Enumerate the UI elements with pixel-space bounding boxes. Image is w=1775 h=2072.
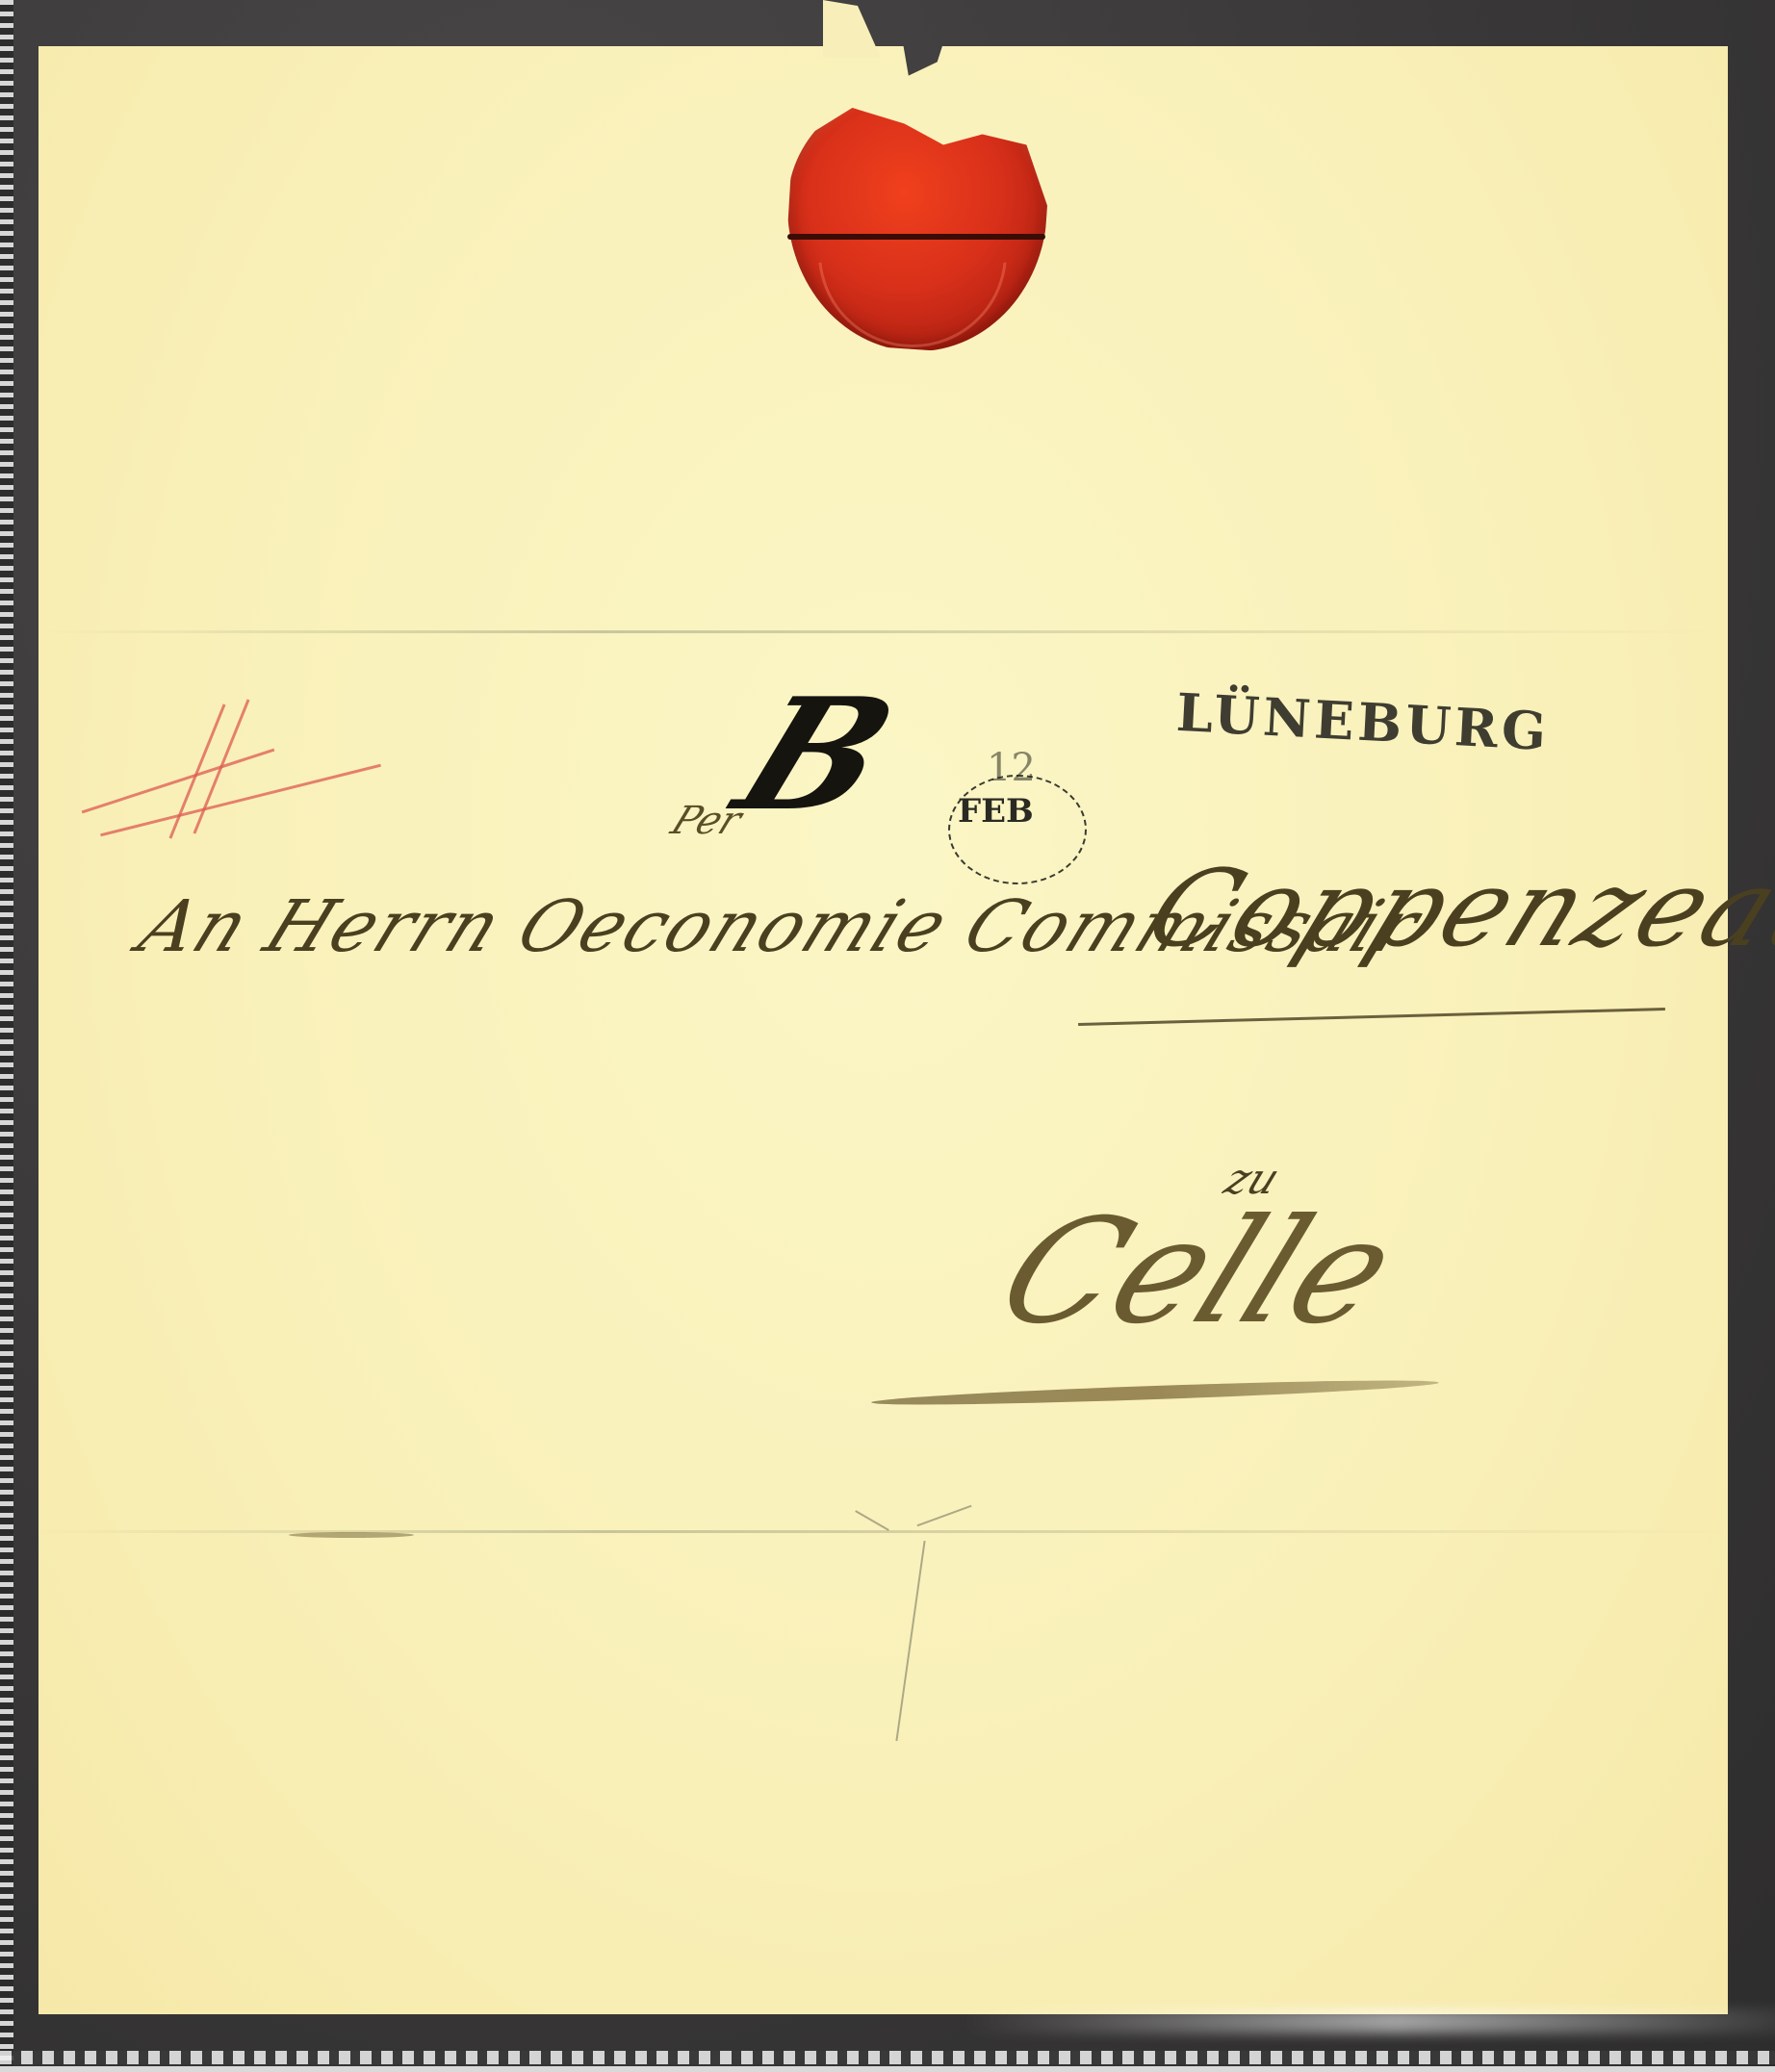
destination-city: Celle bbox=[977, 1189, 1419, 1356]
date-stamp-month: FEB bbox=[958, 792, 1034, 831]
date-stamp: 12 FEB bbox=[948, 746, 1083, 876]
fold-line-lower bbox=[39, 1530, 1728, 1533]
sleeve-bead-border-bottom bbox=[0, 2051, 1775, 2064]
ink-smudge bbox=[289, 1532, 414, 1538]
fold-line-upper bbox=[39, 630, 1728, 633]
wax-seal-crack bbox=[787, 234, 1045, 240]
sleeve-edge bbox=[0, 2066, 1775, 2072]
date-stamp-day: 12 bbox=[987, 746, 1036, 790]
sleeve-bead-border-left bbox=[0, 0, 13, 2072]
sleeve-reflection bbox=[963, 2008, 1775, 2034]
red-crayon-mark bbox=[77, 712, 385, 847]
recipient-name: Coppenzeau bbox=[1130, 847, 1775, 970]
